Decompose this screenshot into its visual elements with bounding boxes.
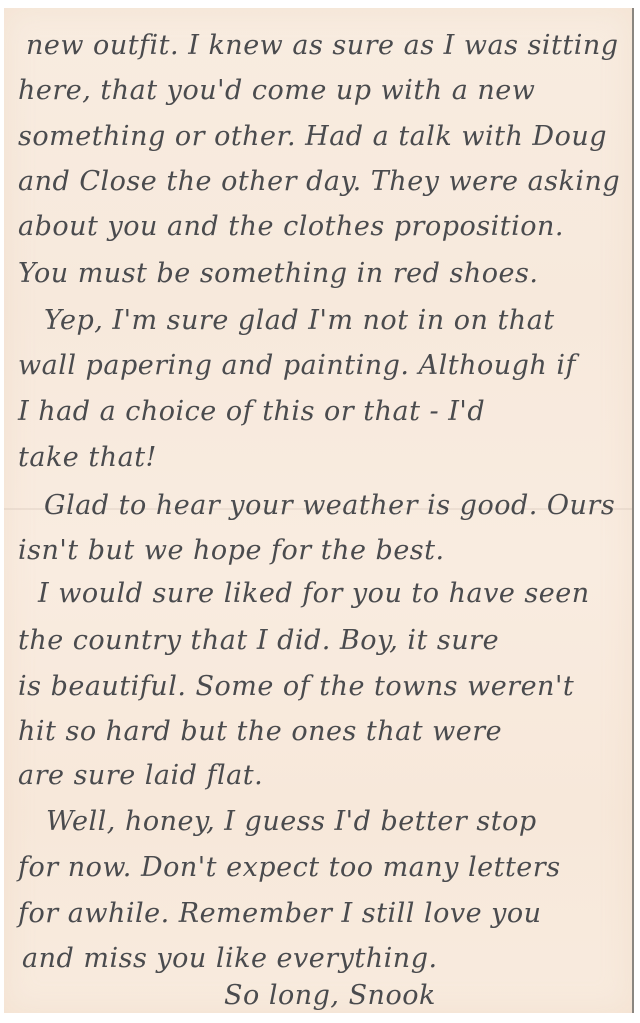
letter-line: about you and the clothes proposition. — [18, 211, 564, 242]
letter-line: I had a choice of this or that - I'd — [18, 396, 485, 427]
letter-line: I would sure liked for you to have seen — [38, 578, 590, 609]
letter-line: is beautiful. Some of the towns weren't — [18, 671, 574, 702]
letter-line: here, that you'd come up with a new — [18, 75, 535, 106]
letter-line: Glad to hear your weather is good. Ours — [44, 490, 615, 521]
letter-line: and Close the other day. They were askin… — [18, 166, 620, 197]
letter-line: Yep, I'm sure glad I'm not in on that — [44, 305, 555, 336]
letter-line: wall papering and painting. Although if — [18, 350, 576, 381]
letter-line: hit so hard but the ones that were — [18, 716, 502, 747]
letter-line: and miss you like everything. — [22, 943, 438, 974]
letter-page: new outfit. I knew as sure as I was sitt… — [4, 8, 634, 1013]
letter-line: new outfit. I knew as sure as I was sitt… — [26, 30, 619, 61]
letter-line: You must be something in red shoes. — [18, 258, 538, 289]
letter-signature: So long, Snook — [224, 980, 436, 1011]
letter-line: the country that I did. Boy, it sure — [18, 625, 499, 656]
letter-line: something or other. Had a talk with Doug — [18, 121, 607, 152]
letter-line: take that! — [18, 442, 157, 473]
letter-line: are sure laid flat. — [18, 760, 263, 791]
letter-line: for now. Don't expect too many letters — [18, 852, 561, 883]
letter-line: Well, honey, I guess I'd better stop — [46, 806, 537, 837]
letter-line: for awhile. Remember I still love you — [18, 898, 542, 929]
letter-line: isn't but we hope for the best. — [18, 535, 445, 566]
